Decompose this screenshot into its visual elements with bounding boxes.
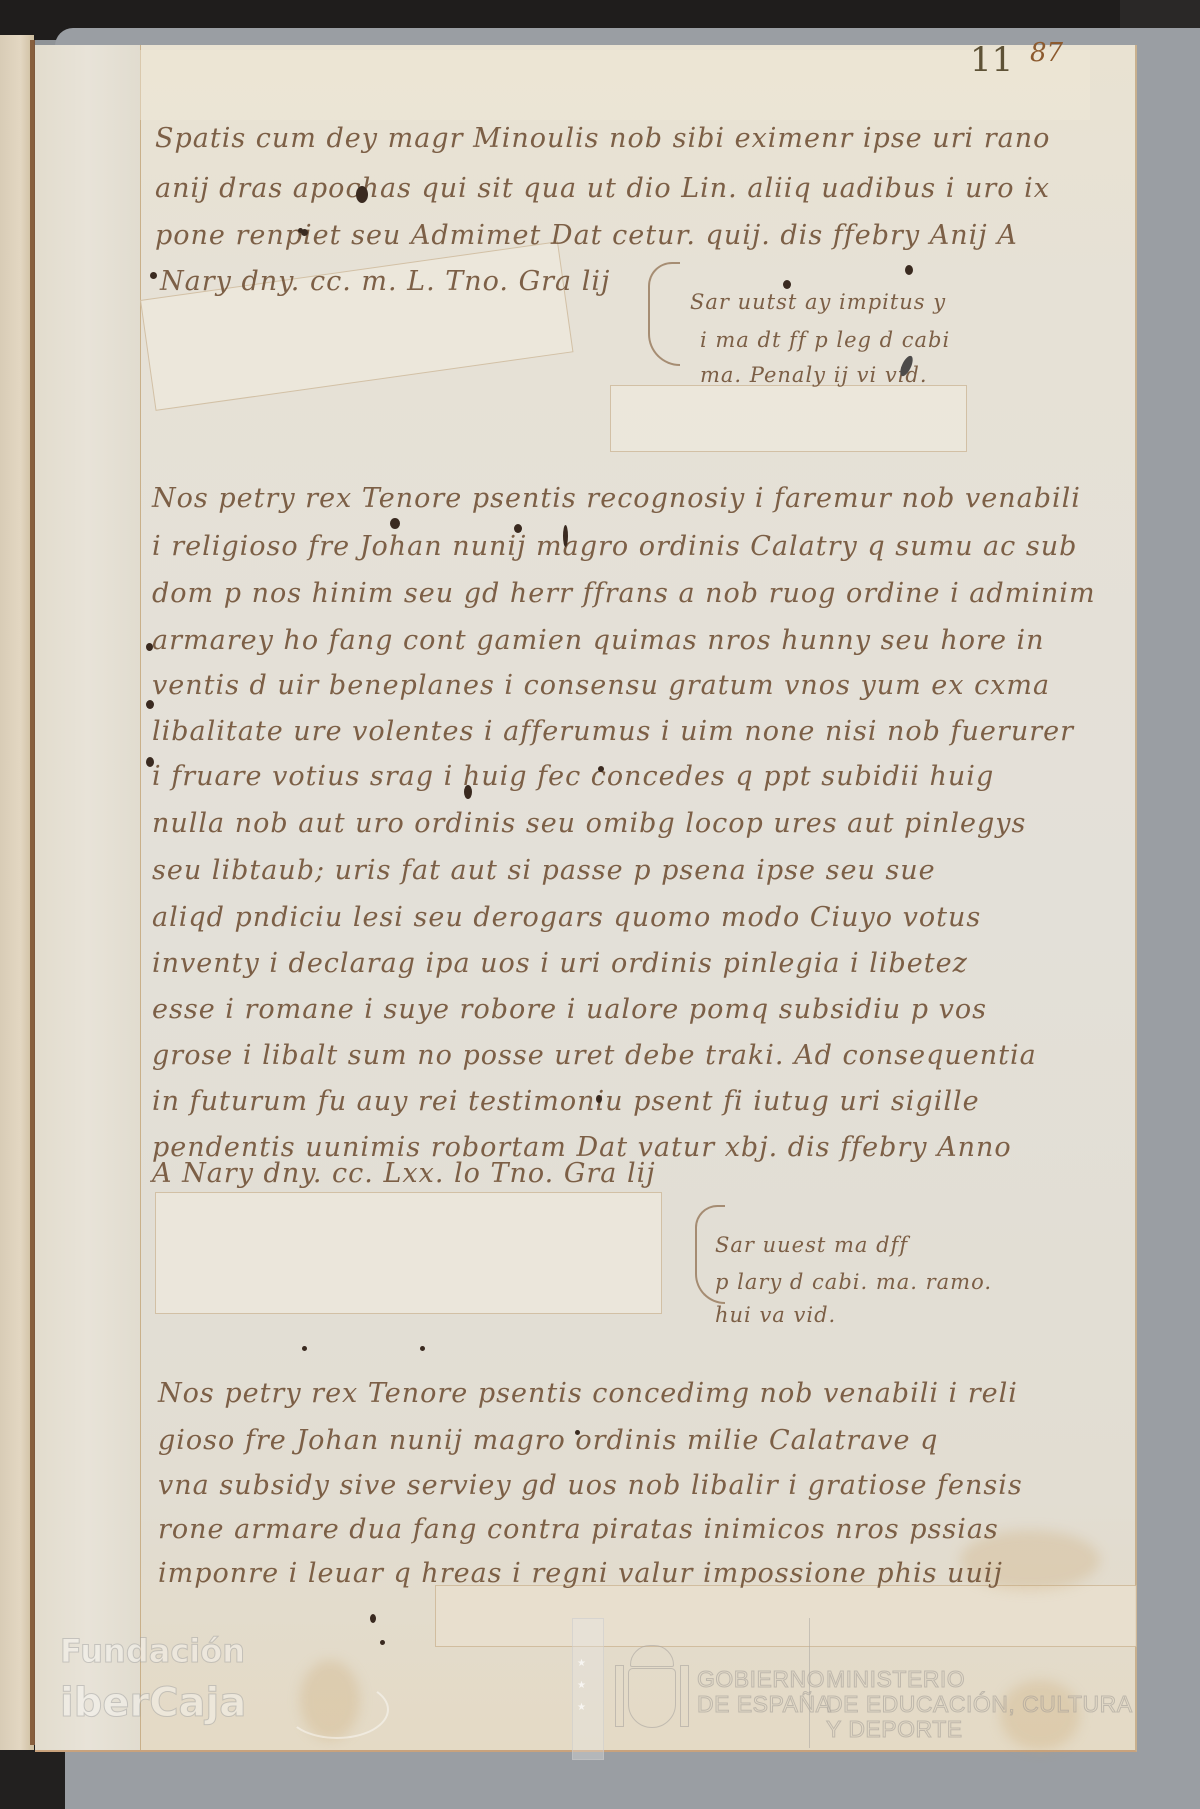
star-icon: ★ <box>577 1702 586 1713</box>
text-line: Nos petry rex Tenore psentis concedimg n… <box>158 1380 1018 1407</box>
text-line: hui va vid. <box>715 1305 836 1326</box>
guard-strip <box>35 45 141 1750</box>
text-line: dom p nos hinim seu gd herr ffrans a nob… <box>152 580 1096 607</box>
text-line: inventy i declarag ipa uos i uri ordinis… <box>152 950 968 977</box>
text-line: in futurum fu auy rei testimoniu psent f… <box>152 1088 980 1115</box>
worm-hole <box>302 1346 307 1351</box>
text-line: seu libtaub; uris fat aut si passe p pse… <box>152 857 936 884</box>
text-line: Sar uutst ay impitus y <box>690 292 946 313</box>
text-line: A Nary dny. cc. Lxx. lo Tno. Gra lij <box>152 1160 656 1187</box>
text-line: i fruare votius srag i huig fec concedes… <box>152 763 994 790</box>
folio-number-secondary: 87 <box>1030 38 1063 68</box>
text-line: ma. Penaly ij vi vid. <box>700 365 928 386</box>
text-line: grose i libalt sum no posse uret debe tr… <box>152 1042 1037 1069</box>
top-repair-strip <box>140 50 1090 120</box>
text-line: Nary dny. cc. m. L. Tno. Gra lij <box>160 268 610 295</box>
text-line: pone renpiet seu Admimet Dat cetur. quij… <box>155 222 1018 249</box>
ministerio-label: MINISTERIO <box>826 1667 965 1692</box>
margin-bracket <box>648 262 680 366</box>
worm-hole <box>370 1614 376 1623</box>
repair-patch-4 <box>435 1585 1137 1647</box>
worm-hole <box>514 524 522 533</box>
repair-patch-2 <box>610 385 967 452</box>
pillar-icon <box>615 1665 624 1727</box>
watermark-line: Fundación <box>60 1632 245 1670</box>
text-line: esse i romane i suye robore i ualore pom… <box>152 996 987 1023</box>
worm-hole <box>783 280 791 289</box>
watermark-divider <box>809 1618 810 1748</box>
worm-hole <box>575 1430 580 1435</box>
worm-hole <box>146 757 154 767</box>
worm-hole <box>390 518 400 529</box>
repair-patch-3 <box>155 1192 662 1314</box>
text-line: pendentis uunimis robortam Dat vatur xbj… <box>152 1134 1012 1161</box>
text-line: Nos petry rex Tenore psentis recognosiy … <box>152 485 1081 512</box>
dark-background-bottom <box>0 1745 65 1809</box>
worm-hole <box>563 525 568 547</box>
text-line: rone armare dua fang contra piratas inim… <box>158 1516 999 1543</box>
gobierno-label: GOBIERNO <box>697 1667 825 1692</box>
previous-page-edge <box>0 35 34 1750</box>
text-line: nulla nob aut uro ordinis seu omibg loco… <box>152 810 1026 837</box>
worm-hole <box>150 272 157 279</box>
folio-number: 11 <box>970 40 1013 80</box>
text-line: i ma dt ff p leg d cabi <box>700 330 950 351</box>
worm-hole <box>598 766 604 772</box>
text-line: vna subsidy sive serviey gd uos nob liba… <box>158 1472 1023 1499</box>
text-line: Sar uuest ma dff <box>715 1235 908 1256</box>
worm-hole <box>380 1640 385 1645</box>
worm-hole <box>146 700 154 709</box>
worm-hole <box>905 265 913 275</box>
worm-hole <box>356 186 368 203</box>
worm-hole <box>464 785 472 799</box>
text-line: anij dras apochas qui sit qua ut dio Lin… <box>155 175 1050 202</box>
text-line: imponre i leuar q hreas i regni valur im… <box>158 1560 1003 1587</box>
star-icon: ★ <box>577 1658 586 1669</box>
ministerio-label: DE EDUCACIÓN, CULTURA <box>826 1692 1133 1717</box>
text-line: aliqd pndiciu lesi seu derogars quomo mo… <box>152 904 981 931</box>
ibercaja-swirl-icon <box>285 1680 389 1739</box>
watermark-line: iberCaja <box>60 1680 246 1726</box>
coat-of-arms-shield-icon <box>628 1668 676 1728</box>
worm-hole <box>298 228 303 233</box>
pillar-icon <box>680 1665 689 1727</box>
ministerio-label: Y DEPORTE <box>826 1717 963 1742</box>
worm-hole <box>420 1346 425 1351</box>
text-line: gioso fre Johan nunij magro ordinis mili… <box>158 1427 938 1454</box>
worm-hole <box>146 643 153 651</box>
worm-hole <box>596 1095 602 1103</box>
text-line: i religioso fre Johan nunij magro ordini… <box>152 533 1077 560</box>
text-line: armarey ho fang cont gamien quimas nros … <box>152 627 1045 654</box>
text-line: libalitate ure volentes i afferumus i ui… <box>152 718 1074 745</box>
text-line: ventis d uir beneplanes i consensu gratu… <box>152 672 1050 699</box>
gobierno-label: DE ESPAÑA <box>697 1692 831 1717</box>
text-line: p lary d cabi. ma. ramo. <box>715 1272 992 1293</box>
text-line: Spatis cum dey magr Minoulis nob sibi ex… <box>155 125 1050 152</box>
star-icon: ★ <box>577 1680 586 1691</box>
